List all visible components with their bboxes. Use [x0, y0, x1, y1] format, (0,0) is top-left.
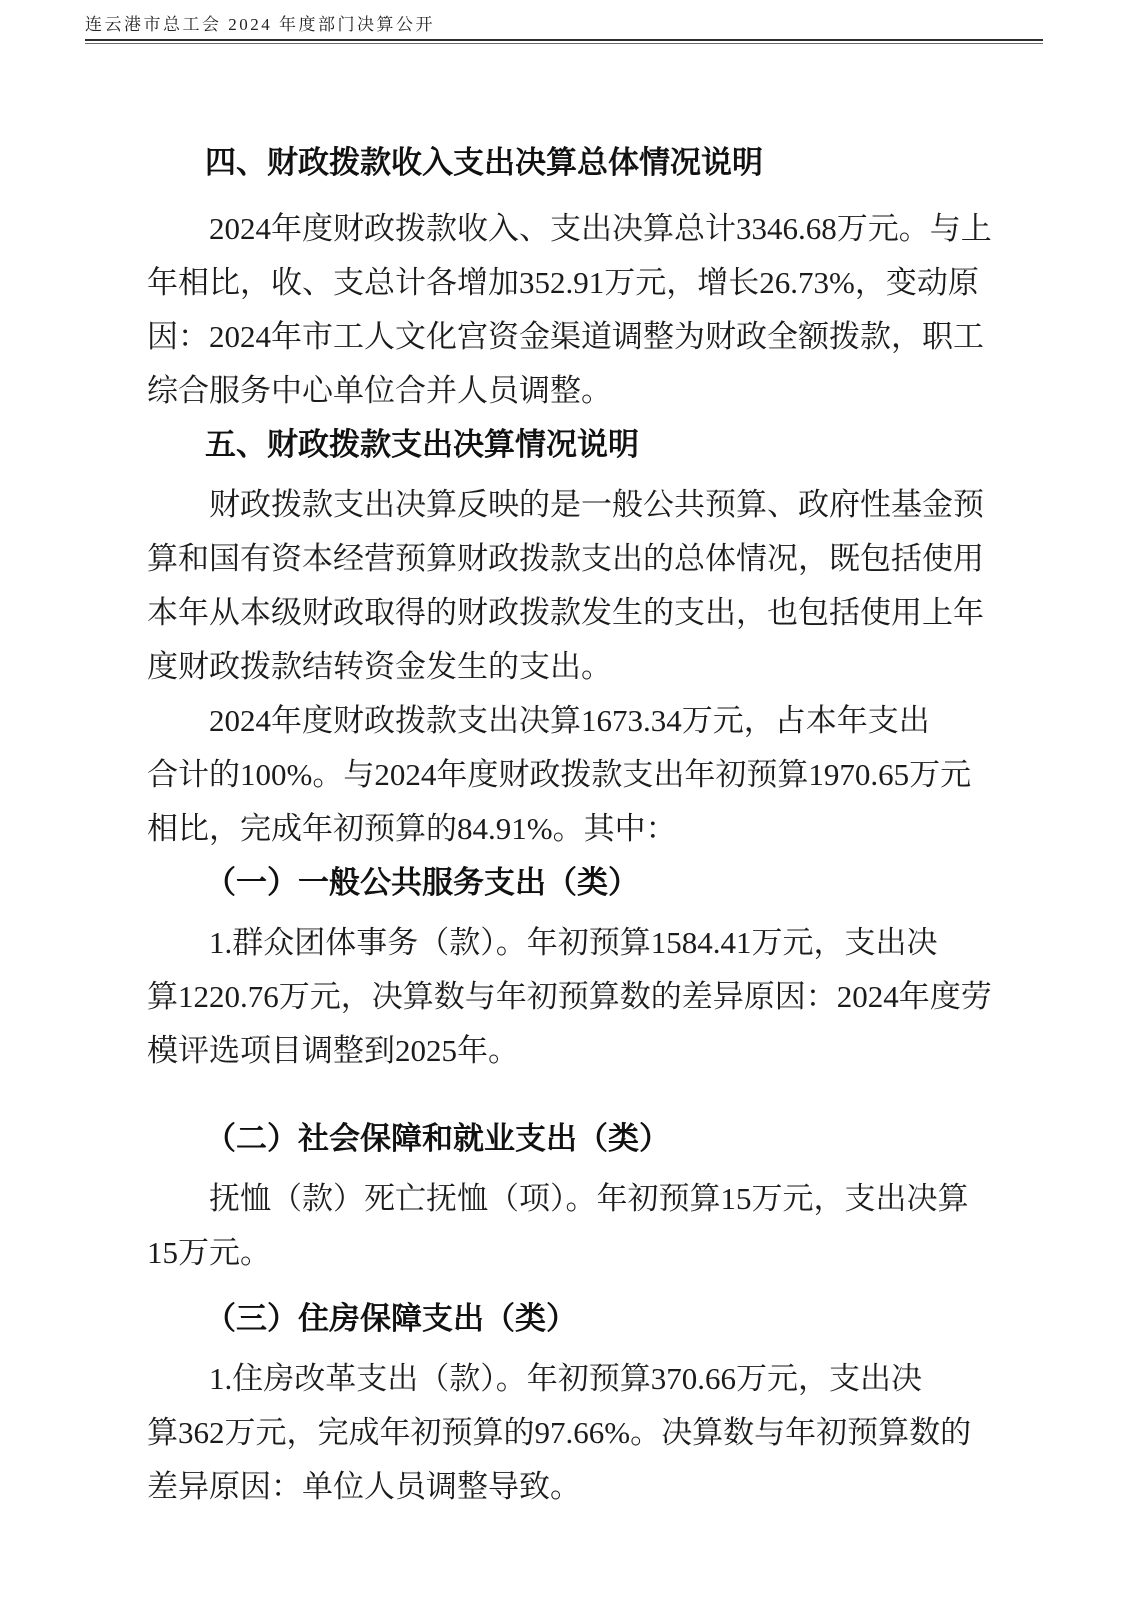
paragraph-mass-organization-affairs: 1.群众团体事务（款）。年初预算1584.41万元，支出决 算1220.76万元… [147, 916, 989, 1078]
section-heading-fiscal-overview: 四、财政拨款收入支出决算总体情况说明 [147, 136, 989, 190]
text-line: 度财政拨款结转资金发生的支出。 [147, 640, 989, 694]
text-line: 算362万元，完成年初预算的97.66%。决算数与年初预算数的 [147, 1406, 989, 1460]
text-line: 年相比，收、支总计各增加352.91万元，增长26.73%，变动原 [147, 256, 989, 310]
header-rule [85, 39, 1043, 44]
page-header: 连云港市总工会 2024 年度部门决算公开 [85, 14, 1043, 44]
section-heading-expenditure: 五、财政拨款支出决算情况说明 [147, 418, 989, 472]
text-line: 1.住房改革支出（款）。年初预算370.66万元，支出决 [147, 1352, 989, 1406]
text-line: 算1220.76万元，决算数与年初预算数的差异原因：2024年度劳 [147, 970, 989, 1024]
text-line: 本年从本级财政取得的财政拨款发生的支出，也包括使用上年 [147, 586, 989, 640]
text-line: 相比，完成年初预算的84.91%。其中： [147, 802, 989, 856]
text-line: 合计的100%。与2024年度财政拨款支出年初预算1970.65万元 [147, 748, 989, 802]
document-content: 四、财政拨款收入支出决算总体情况说明 2024年度财政拨款收入、支出决算总计33… [147, 136, 989, 1514]
text-line: 2024年度财政拨款支出决算1673.34万元，占本年支出 [147, 694, 989, 748]
document-page: 连云港市总工会 2024 年度部门决算公开 四、财政拨款收入支出决算总体情况说明… [0, 0, 1131, 1600]
text-line: 算和国有资本经营预算财政拨款支出的总体情况，既包括使用 [147, 532, 989, 586]
text-line: 模评选项目调整到2025年。 [147, 1024, 989, 1078]
subheading-general-public-services: （一）一般公共服务支出（类） [147, 856, 989, 910]
text-line: 抚恤（款）死亡抚恤（项）。年初预算15万元，支出决算 [147, 1172, 989, 1226]
paragraph-housing-reform: 1.住房改革支出（款）。年初预算370.66万元，支出决 算362万元，完成年初… [147, 1352, 989, 1514]
text-line: 2024年度财政拨款收入、支出决算总计3346.68万元。与上 [147, 202, 989, 256]
paragraph-pension-compensation: 抚恤（款）死亡抚恤（项）。年初预算15万元，支出决算 15万元。 [147, 1172, 989, 1280]
subheading-housing-security: （三）住房保障支出（类） [147, 1292, 989, 1346]
text-line: 15万元。 [147, 1226, 989, 1280]
text-line: 因：2024年市工人文化宫资金渠道调整为财政全额拨款，职工 [147, 310, 989, 364]
text-line: 差异原因：单位人员调整导致。 [147, 1460, 989, 1514]
subheading-social-security-employment: （二）社会保障和就业支出（类） [147, 1112, 989, 1166]
paragraph-fiscal-overview: 2024年度财政拨款收入、支出决算总计3346.68万元。与上 年相比，收、支总… [147, 202, 989, 418]
paragraph-expenditure-totals: 2024年度财政拨款支出决算1673.34万元，占本年支出 合计的100%。与2… [147, 694, 989, 856]
text-line: 财政拨款支出决算反映的是一般公共预算、政府性基金预 [147, 478, 989, 532]
text-line: 综合服务中心单位合并人员调整。 [147, 364, 989, 418]
paragraph-expenditure-definition: 财政拨款支出决算反映的是一般公共预算、政府性基金预 算和国有资本经营预算财政拨款… [147, 478, 989, 694]
page-header-title: 连云港市总工会 2024 年度部门决算公开 [85, 14, 1043, 39]
text-line: 1.群众团体事务（款）。年初预算1584.41万元，支出决 [147, 916, 989, 970]
